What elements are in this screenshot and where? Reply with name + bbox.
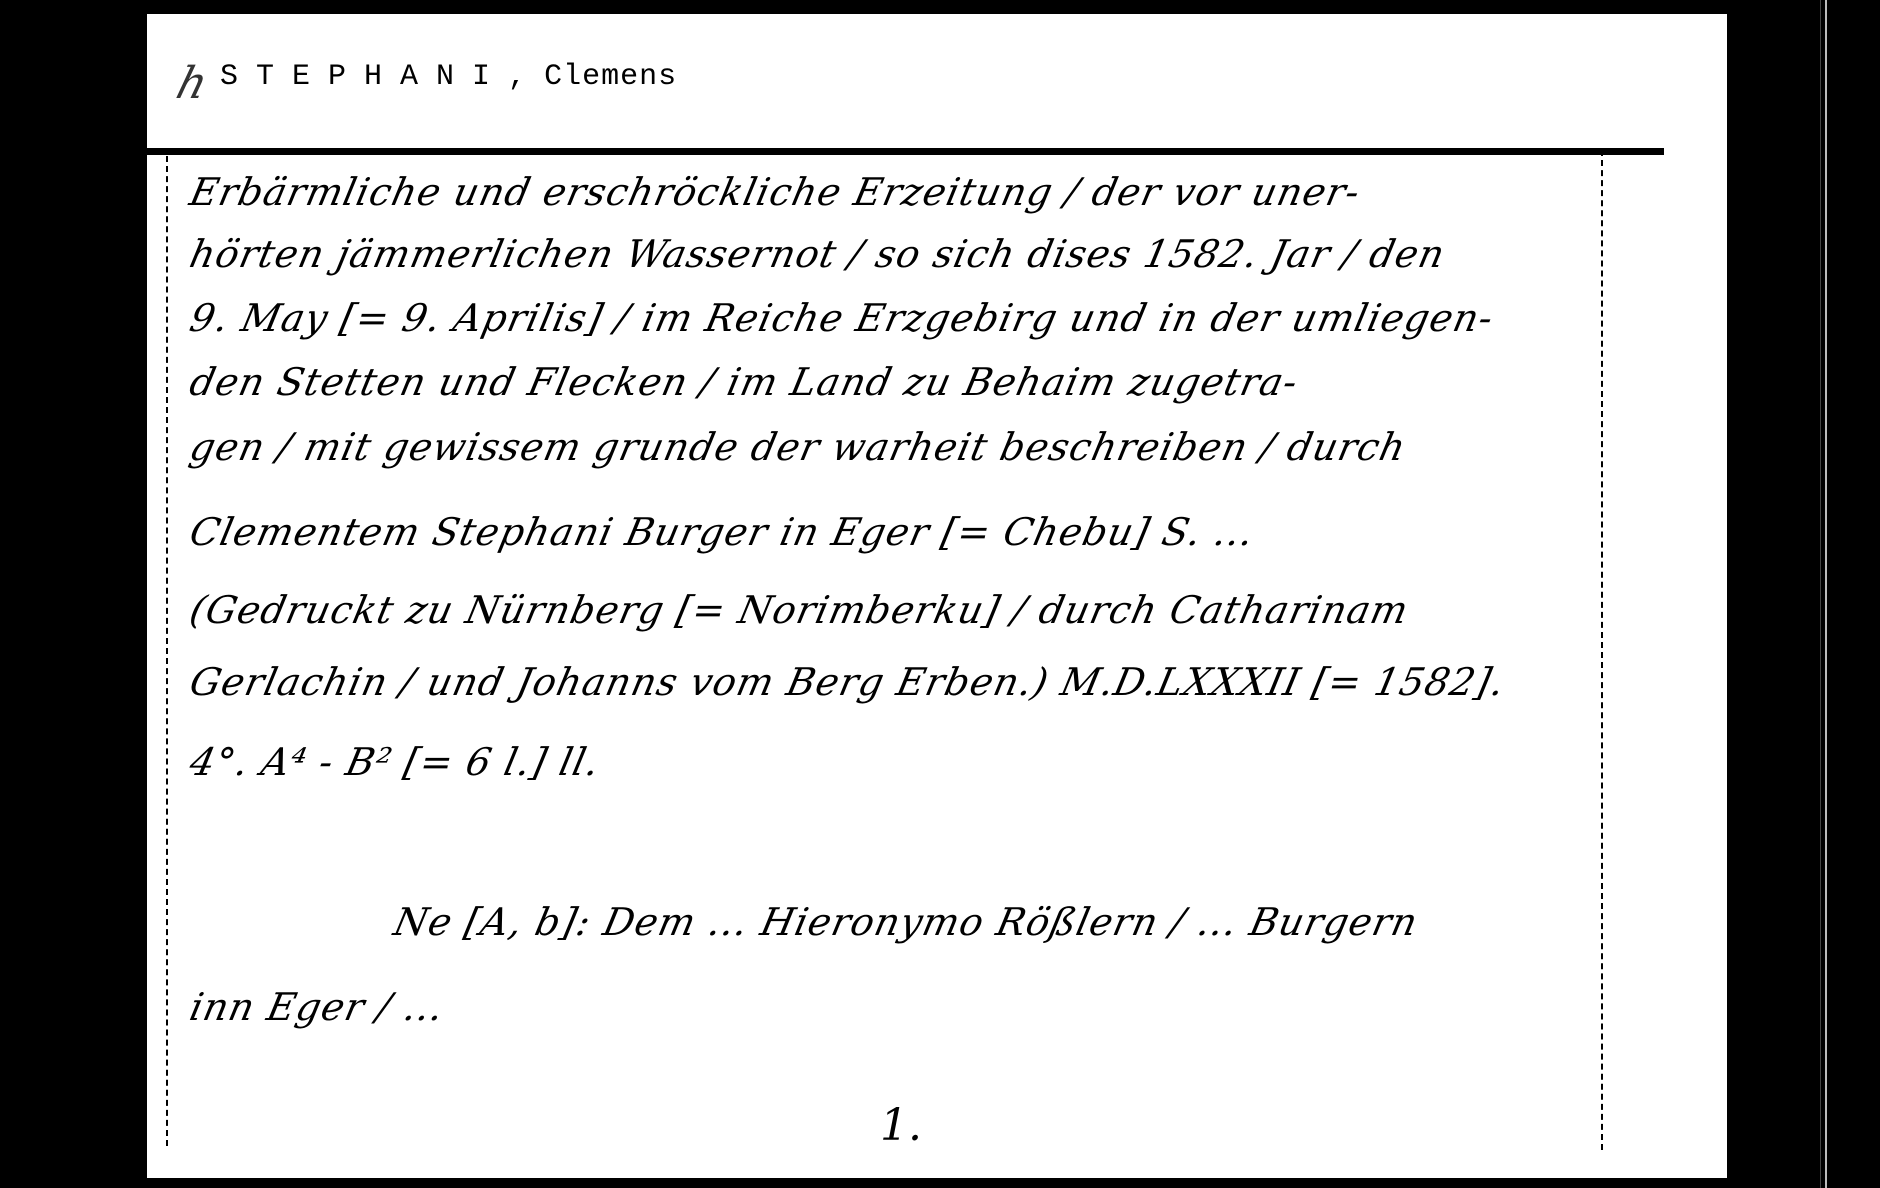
header-divider: [147, 148, 1664, 155]
right-margin-line: [1601, 150, 1603, 1150]
author-given-name: Clemens: [544, 60, 677, 94]
note-line: Ne [A, b]: Dem ... Hieronymo Rößlern / .…: [390, 900, 1422, 944]
scan-artifact: [1820, 0, 1821, 1188]
transcription-line: Erbärmliche und erschröckliche Erzeitung…: [186, 170, 1364, 214]
transcription-line: gen / mit gewissem grunde der warheit be…: [186, 425, 1410, 469]
transcription-line: Clementem Stephani Burger in Eger [= Che…: [186, 510, 1259, 554]
scan-artifact: [1825, 0, 1827, 1188]
transcription-line: den Stetten und Flecken / im Land zu Beh…: [186, 360, 1302, 404]
transcription-line: 4°. A⁴ - B² [= 6 l.] ll.: [186, 740, 604, 784]
transcription-line: Gerlachin / und Johanns vom Berg Erben.)…: [186, 660, 1509, 704]
page-number: 1.: [880, 1100, 922, 1151]
left-margin-line: [166, 156, 168, 1146]
card-heading: STEPHANI, Clemens: [220, 60, 677, 94]
transcription-line: hörten jämmerlichen Wassernot / so sich …: [186, 232, 1449, 276]
author-surname: STEPHANI: [220, 60, 508, 94]
transcription-line: 9. May [= 9. Aprilis] / im Reiche Erzgeb…: [186, 296, 1498, 340]
heading-separator: ,: [508, 60, 526, 94]
transcription-line: (Gedruckt zu Nürnberg [= Norimberku] / d…: [186, 588, 1413, 632]
note-line: inn Eger / ...: [186, 985, 448, 1029]
